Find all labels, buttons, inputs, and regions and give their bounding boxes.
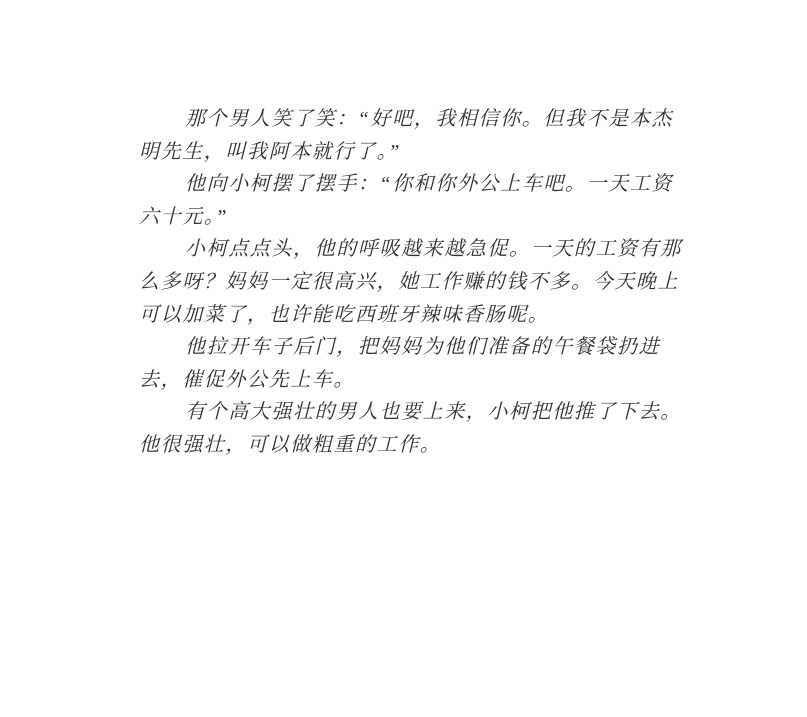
- text-line: 可以加菜了，也许能吃西班牙辣味香肠呢。: [139, 299, 674, 332]
- text-line: 有个高大强壮的男人也要上来，小柯把他推了下去。: [139, 396, 674, 429]
- text-line: 他拉开车子后门，把妈妈为他们准备的午餐袋扔进: [139, 331, 674, 364]
- text-line: 他向小柯摆了摆手：“你和你外公上车吧。一天工资: [139, 168, 674, 201]
- text-line: 六十元。”: [139, 201, 674, 234]
- text-line: 去，催促外公先上车。: [139, 364, 674, 397]
- body-text-block: 那个男人笑了笑：“好吧，我相信你。但我不是本杰 明先生，叫我阿本就行了。” 他向…: [139, 103, 674, 462]
- text-line: 他很强壮，可以做粗重的工作。: [139, 429, 674, 462]
- book-page: 那个男人笑了笑：“好吧，我相信你。但我不是本杰 明先生，叫我阿本就行了。” 他向…: [0, 0, 807, 717]
- text-line: 小柯点点头，他的呼吸越来越急促。一天的工资有那: [139, 233, 674, 266]
- text-line: 么多呀？妈妈一定很高兴，她工作赚的钱不多。今天晚上: [139, 266, 674, 299]
- text-line: 那个男人笑了笑：“好吧，我相信你。但我不是本杰: [139, 103, 674, 136]
- text-line: 明先生，叫我阿本就行了。”: [139, 136, 674, 169]
